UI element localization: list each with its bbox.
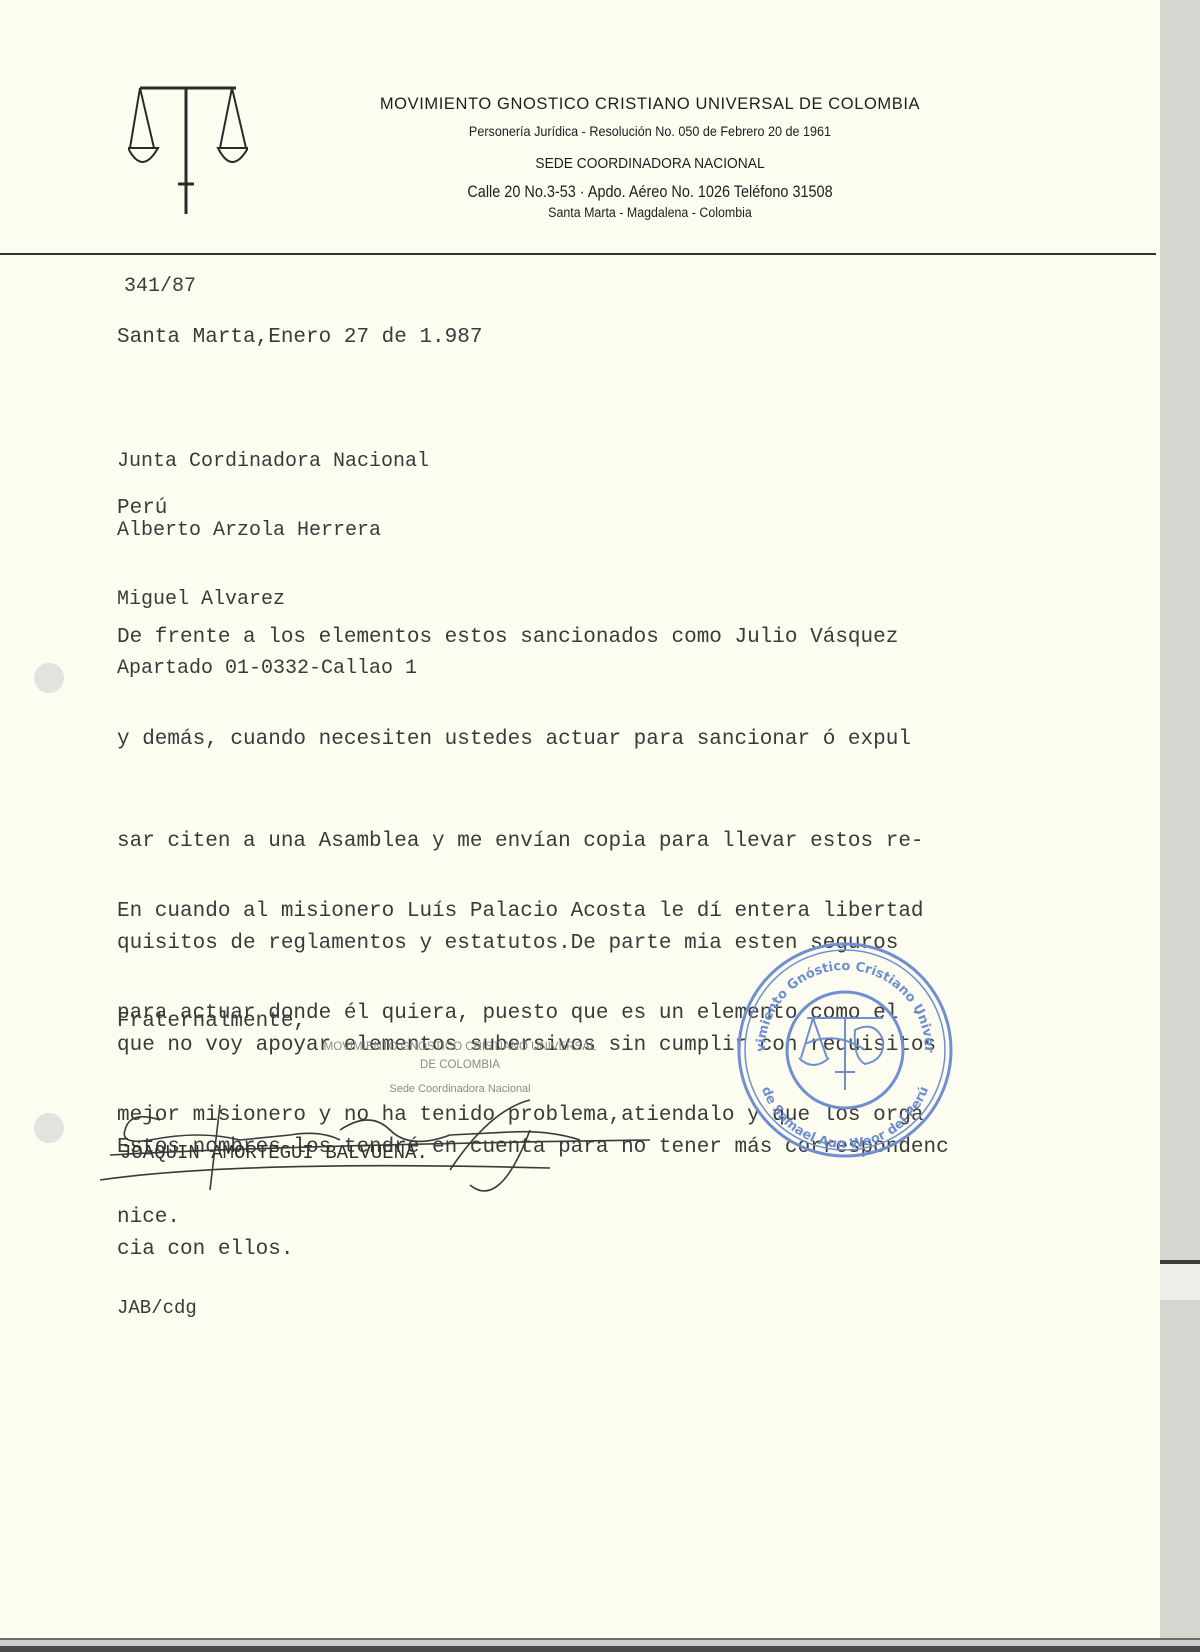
reference-number: 341/87 [124, 275, 196, 298]
organization-name: MOVIMIENTO GNOSTICO CRISTIANO UNIVERSAL … [330, 95, 970, 114]
body-line: y demás, cuando necesiten ustedes actuar… [117, 723, 1057, 757]
letterhead-divider [0, 253, 1156, 255]
recipient-line: Junta Cordinadora Nacional [117, 450, 429, 473]
svg-text:Movimiento Gnóstico Cristiano: Movimiento Gnóstico Cristiano Universal [735, 940, 936, 1053]
body-line: De frente a los elementos estos sanciona… [117, 621, 1057, 655]
scanner-edge-right [1160, 0, 1200, 1652]
organization-seal: Movimiento Gnóstico Cristiano Universal … [735, 940, 955, 1160]
recipient-country: Perú [117, 497, 167, 520]
recipient-line: Alberto Arzola Herrera [117, 519, 429, 542]
typist-initials: JAB/cdg [117, 1297, 197, 1319]
body-line: En cuando al misionero Luís Palacio Acos… [117, 895, 924, 929]
office-name: SEDE COORDINADORA NACIONAL [356, 155, 945, 172]
svg-text:de Samael Aun Weor del Perú: de Samael Aun Weor del Perú [758, 1084, 932, 1152]
legal-status: Personería Jurídica - Resolución No. 050… [362, 123, 938, 139]
office-city: Santa Marta - Magdalena - Colombia [356, 205, 945, 220]
stamp-line: DE COLOMBIA [270, 1056, 650, 1074]
letter-page: MOVIMIENTO GNOSTICO CRISTIANO UNIVERSAL … [0, 0, 1160, 1640]
stamp-line: MOVIMIENTO GNOSTICO CRISTIANO UNIVERSAL [270, 1038, 650, 1056]
scales-and-lion-icon [799, 1018, 883, 1090]
letter-date: Santa Marta,Enero 27 de 1.987 [117, 326, 482, 349]
scanner-edge-bottom [0, 1638, 1200, 1652]
punch-hole [34, 663, 64, 693]
signature-rubber-stamp: MOVIMIENTO GNOSTICO CRISTIANO UNIVERSAL … [270, 1038, 650, 1098]
handwritten-signature: Joaquin E. Amortegui [90, 1090, 650, 1210]
scales-of-justice-sword-icon [128, 84, 248, 220]
office-address: Calle 20 No.3-53 · Apdo. Aéreo No. 1026 … [378, 182, 922, 202]
punch-hole [34, 1113, 64, 1143]
closing: Fraternalmente, [117, 1010, 306, 1033]
